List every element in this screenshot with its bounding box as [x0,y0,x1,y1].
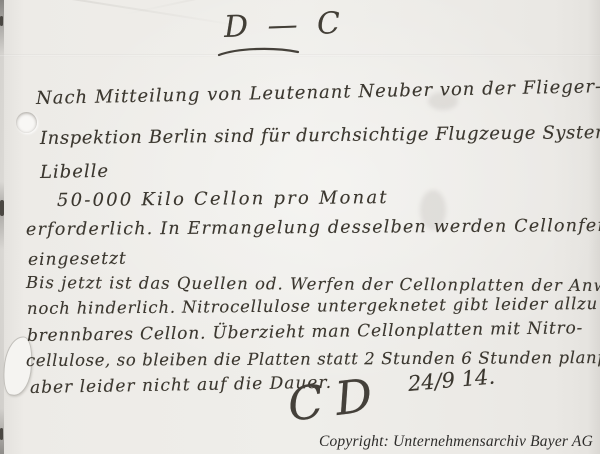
edge-mark [0,200,4,216]
document-heading: D — C [223,6,345,45]
date-annotation: 24/9 14. [407,364,496,396]
handwritten-line: Inspektion Berlin sind für durchsichtige… [40,122,600,149]
scanned-document-page: D — C Nach Mitteilung von Leutenant Neub… [0,0,600,454]
edge-mark [0,16,3,26]
edge-mark [0,428,3,440]
handwritten-line: eingesetzt [28,249,127,270]
handwritten-line: Nach Mitteilung von Leutenant Neuber von… [36,76,600,109]
handwritten-line: brennbares Cellon. Überzieht man Cellonp… [27,318,583,346]
handwritten-line: noch hinderlich. Nitrocellulose untergek… [27,294,600,318]
signature-monogram: C D [285,368,375,432]
handwritten-line: Bis jetzt ist das Quellen od. Werfen der… [26,273,600,295]
heading-underline-flourish [216,44,302,60]
handwritten-line: 50-000 Kilo Cellon pro Monat [57,187,389,211]
copyright-notice: Copyright: Unternehmensarchiv Bayer AG [319,433,593,451]
handwritten-line: erforderlich. In Ermangelung desselben w… [26,216,600,240]
punch-hole [16,112,37,133]
handwritten-line: cellulose, so bleiben die Platten statt … [26,348,600,370]
handwritten-line: Libelle [40,161,109,183]
paper-crease [0,0,248,28]
